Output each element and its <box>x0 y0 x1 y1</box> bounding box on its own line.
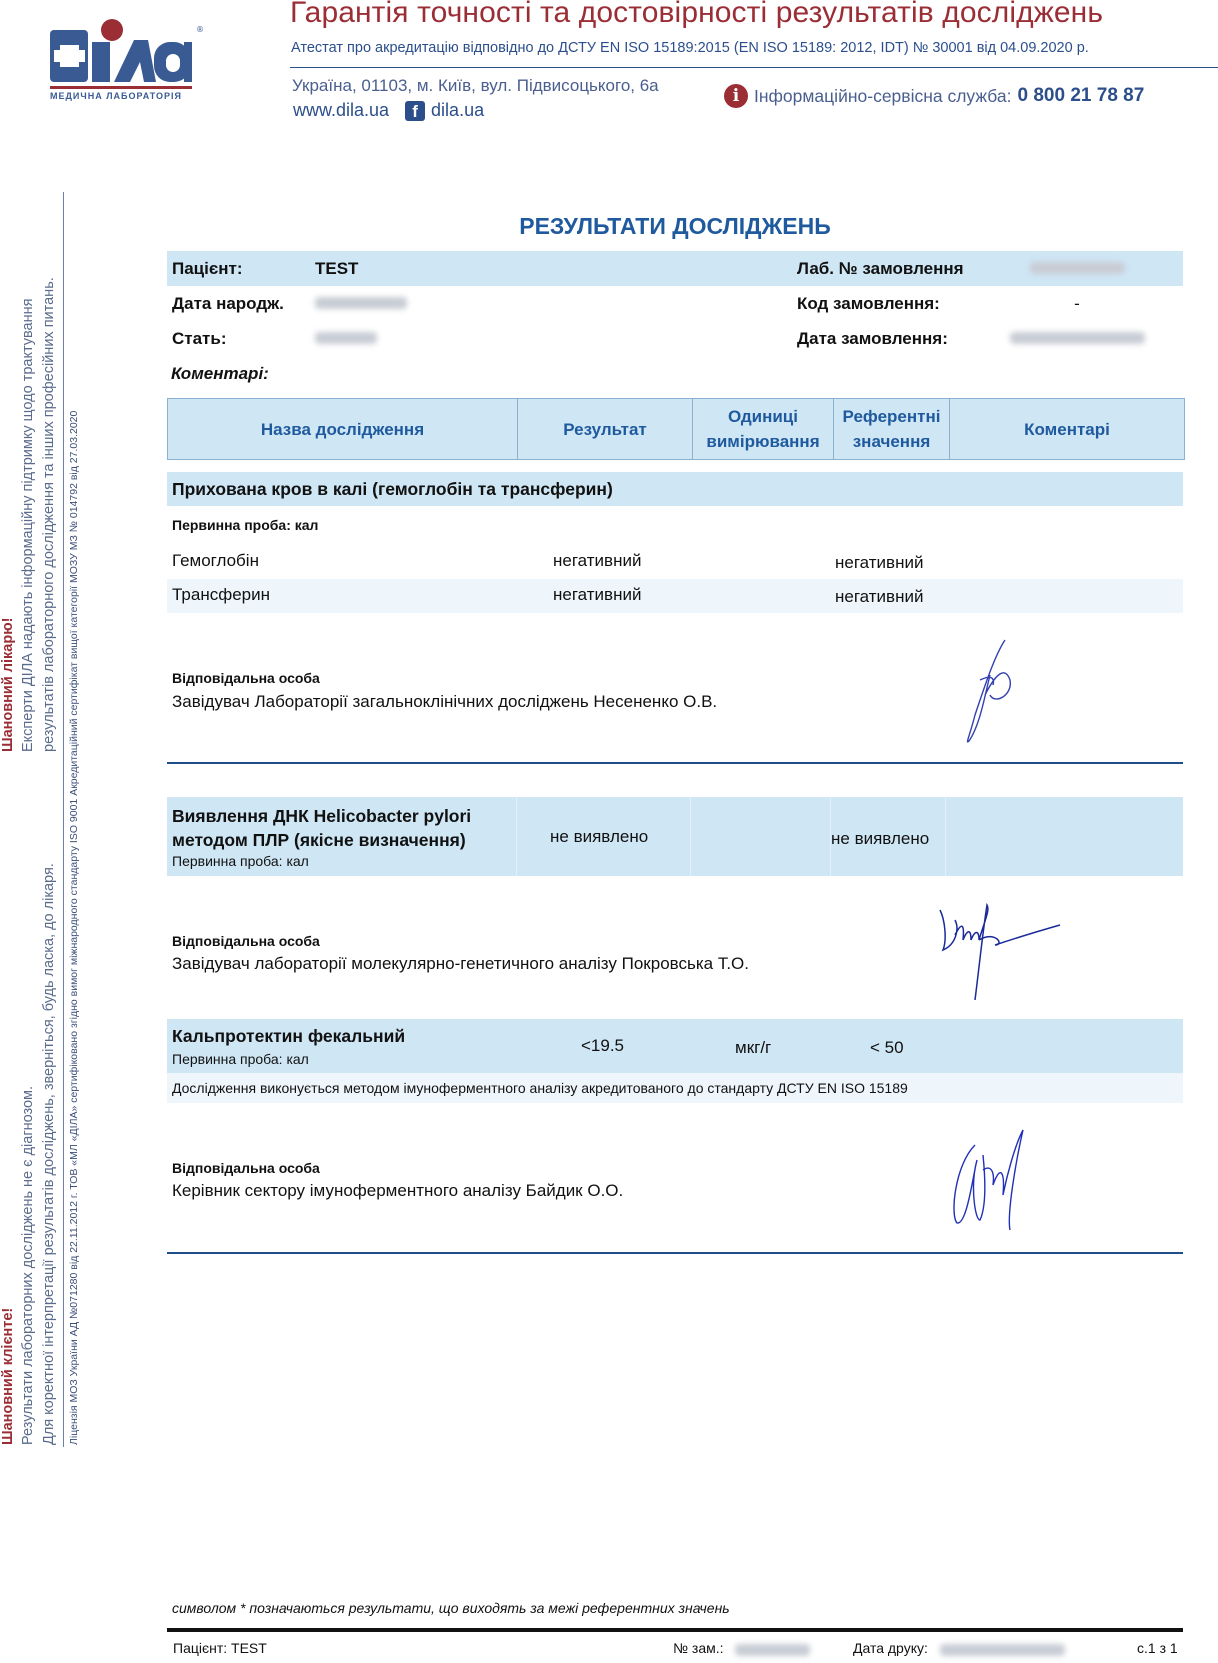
svg-text:®: ® <box>196 25 204 34</box>
sample-label: Первинна проба: кал <box>172 1051 309 1067</box>
patient-info: Пацієнт: TEST Лаб. № замовлення Дата нар… <box>167 251 1183 356</box>
footer-patient: Пацієнт: TEST <box>173 1640 267 1656</box>
footnote: символом * позначаються результати, що в… <box>172 1600 730 1616</box>
doctor-line1: Експерти ДІЛА надають інформаційну підтр… <box>20 299 36 753</box>
footer-print-date-label: Дата друку: <box>853 1640 928 1656</box>
table-row: Гемоглобін негативний негативний <box>167 545 1183 579</box>
table-row: Трансферин негативний негативний <box>167 579 1183 613</box>
test-units: мкг/г <box>735 1038 771 1058</box>
footer-order-label: № зам.: <box>673 1640 724 1656</box>
page-number: с.1 з 1 <box>1137 1640 1178 1656</box>
client-title: Шановний клієнте! <box>0 1308 16 1445</box>
section-divider <box>167 762 1183 764</box>
section-title: Кальпротектин фекальний <box>172 1026 405 1047</box>
responsible-person: Завідувач лабораторії молекулярно-генети… <box>172 954 749 974</box>
dob-value <box>315 294 407 314</box>
doctor-title: Шановний лікарю! <box>0 618 16 752</box>
section-occult-blood: Прихована кров в калі (гемоглобін та тра… <box>167 472 1183 506</box>
doctor-line2: результатів лабораторного дослідження та… <box>41 277 57 752</box>
sample-label: Первинна проба: кал <box>172 853 309 869</box>
client-line2: Для коректної інтерпретації результатів … <box>41 863 57 1445</box>
responsible-label: Відповідальна особа <box>172 670 320 686</box>
col-result: Результат <box>518 399 693 459</box>
address: Україна, 01103, м. Київ, вул. Підвисоцьк… <box>292 76 659 96</box>
test-reference: негативний <box>835 587 923 607</box>
results-table-header: Назва дослідження Результат Одиниці вимі… <box>167 398 1185 460</box>
signature-icon <box>935 900 1065 1010</box>
sample-label: Первинна проба: кал <box>172 517 318 533</box>
section-divider <box>167 1252 1183 1254</box>
accreditation-text: Атестат про акредитацію відповідно до ДС… <box>291 40 1089 56</box>
section-calprotectin: Кальпротектин фекальний Первинна проба: … <box>167 1019 1183 1073</box>
client-line1: Результати лабораторних досліджень не є … <box>20 1086 36 1445</box>
sex-value <box>315 329 377 349</box>
web-links: www.dila.ua f dila.ua <box>293 100 484 121</box>
license-text: Ліцензія МОЗ України АД №071280 від 22.1… <box>68 411 80 1445</box>
side-divider <box>63 192 64 1447</box>
footer-print-date-value <box>940 1643 1065 1659</box>
header-divider <box>290 67 1218 68</box>
patient-row: Пацієнт: TEST Лаб. № замовлення <box>167 251 1183 286</box>
sex-label: Стать: <box>172 329 227 349</box>
test-result: негативний <box>553 585 641 605</box>
test-name: Трансферин <box>172 585 270 605</box>
facebook-icon: f <box>405 101 425 121</box>
info-icon: i <box>724 84 748 108</box>
footer-order-value <box>735 1643 810 1659</box>
website-link[interactable]: www.dila.ua <box>293 100 389 121</box>
facebook-link[interactable]: dila.ua <box>431 100 484 121</box>
comments-label: Коментарі: <box>171 364 269 384</box>
patient-value: TEST <box>315 259 358 279</box>
test-reference: негативний <box>835 553 923 573</box>
order-code-value: - <box>977 294 1177 314</box>
patient-label: Пацієнт: <box>172 259 243 279</box>
section-title-line2: методом ПЛР (якісне визначення) <box>172 828 466 852</box>
footer-rule <box>167 1628 1183 1632</box>
side-notes: Шановний лікарю! Експерти ДІЛА надають і… <box>0 0 95 1663</box>
responsible-person: Завідувач Лабораторії загальноклінічних … <box>172 692 717 712</box>
dob-label: Дата народж. <box>172 294 284 314</box>
test-reference: < 50 <box>870 1038 904 1058</box>
info-service: i Інформаційно-сервісна служба: 0 800 21… <box>724 84 1144 108</box>
method-note-row: Дослідження виконується методом імунофер… <box>167 1073 1183 1103</box>
test-name: Гемоглобін <box>172 551 259 571</box>
section-title: Прихована кров в калі (гемоглобін та тра… <box>172 479 613 500</box>
test-reference: не виявлено <box>831 829 929 849</box>
page-title: РЕЗУЛЬТАТИ ДОСЛІДЖЕНЬ <box>0 213 1218 240</box>
signature-icon <box>945 1125 1035 1235</box>
header-title: Гарантія точності та достовірності резул… <box>290 0 1103 30</box>
info-label: Інформаційно-сервісна служба: <box>754 86 1012 107</box>
section-helicobacter: Виявлення ДНК Helicobacter pylori методо… <box>167 797 1183 876</box>
phone-number[interactable]: 0 800 21 78 87 <box>1018 85 1145 107</box>
order-code-label: Код замовлення: <box>797 294 940 314</box>
responsible-label: Відповідальна особа <box>172 1160 320 1176</box>
lab-no-label: Лаб. № замовлення <box>797 259 964 279</box>
signature-icon <box>955 635 1035 745</box>
col-comments: Коментарі <box>950 399 1184 459</box>
responsible-person: Керівник сектору імуноферментного аналіз… <box>172 1181 623 1201</box>
order-date-value <box>977 329 1177 349</box>
section-title-line1: Виявлення ДНК Helicobacter pylori <box>172 804 471 828</box>
col-reference: Референтні значення <box>834 399 950 459</box>
sex-row: Стать: Дата замовлення: <box>167 321 1183 356</box>
method-note: Дослідження виконується методом імунофер… <box>172 1080 908 1096</box>
col-test-name: Назва дослідження <box>168 399 518 459</box>
test-result: <19.5 <box>581 1036 624 1056</box>
order-date-label: Дата замовлення: <box>797 329 948 349</box>
lab-no-value <box>977 259 1177 279</box>
responsible-label: Відповідальна особа <box>172 933 320 949</box>
test-result: не виявлено <box>550 827 648 847</box>
dob-row: Дата народж. Код замовлення: - <box>167 286 1183 321</box>
col-units: Одиниці вимірювання <box>693 399 834 459</box>
test-result: негативний <box>553 551 641 571</box>
